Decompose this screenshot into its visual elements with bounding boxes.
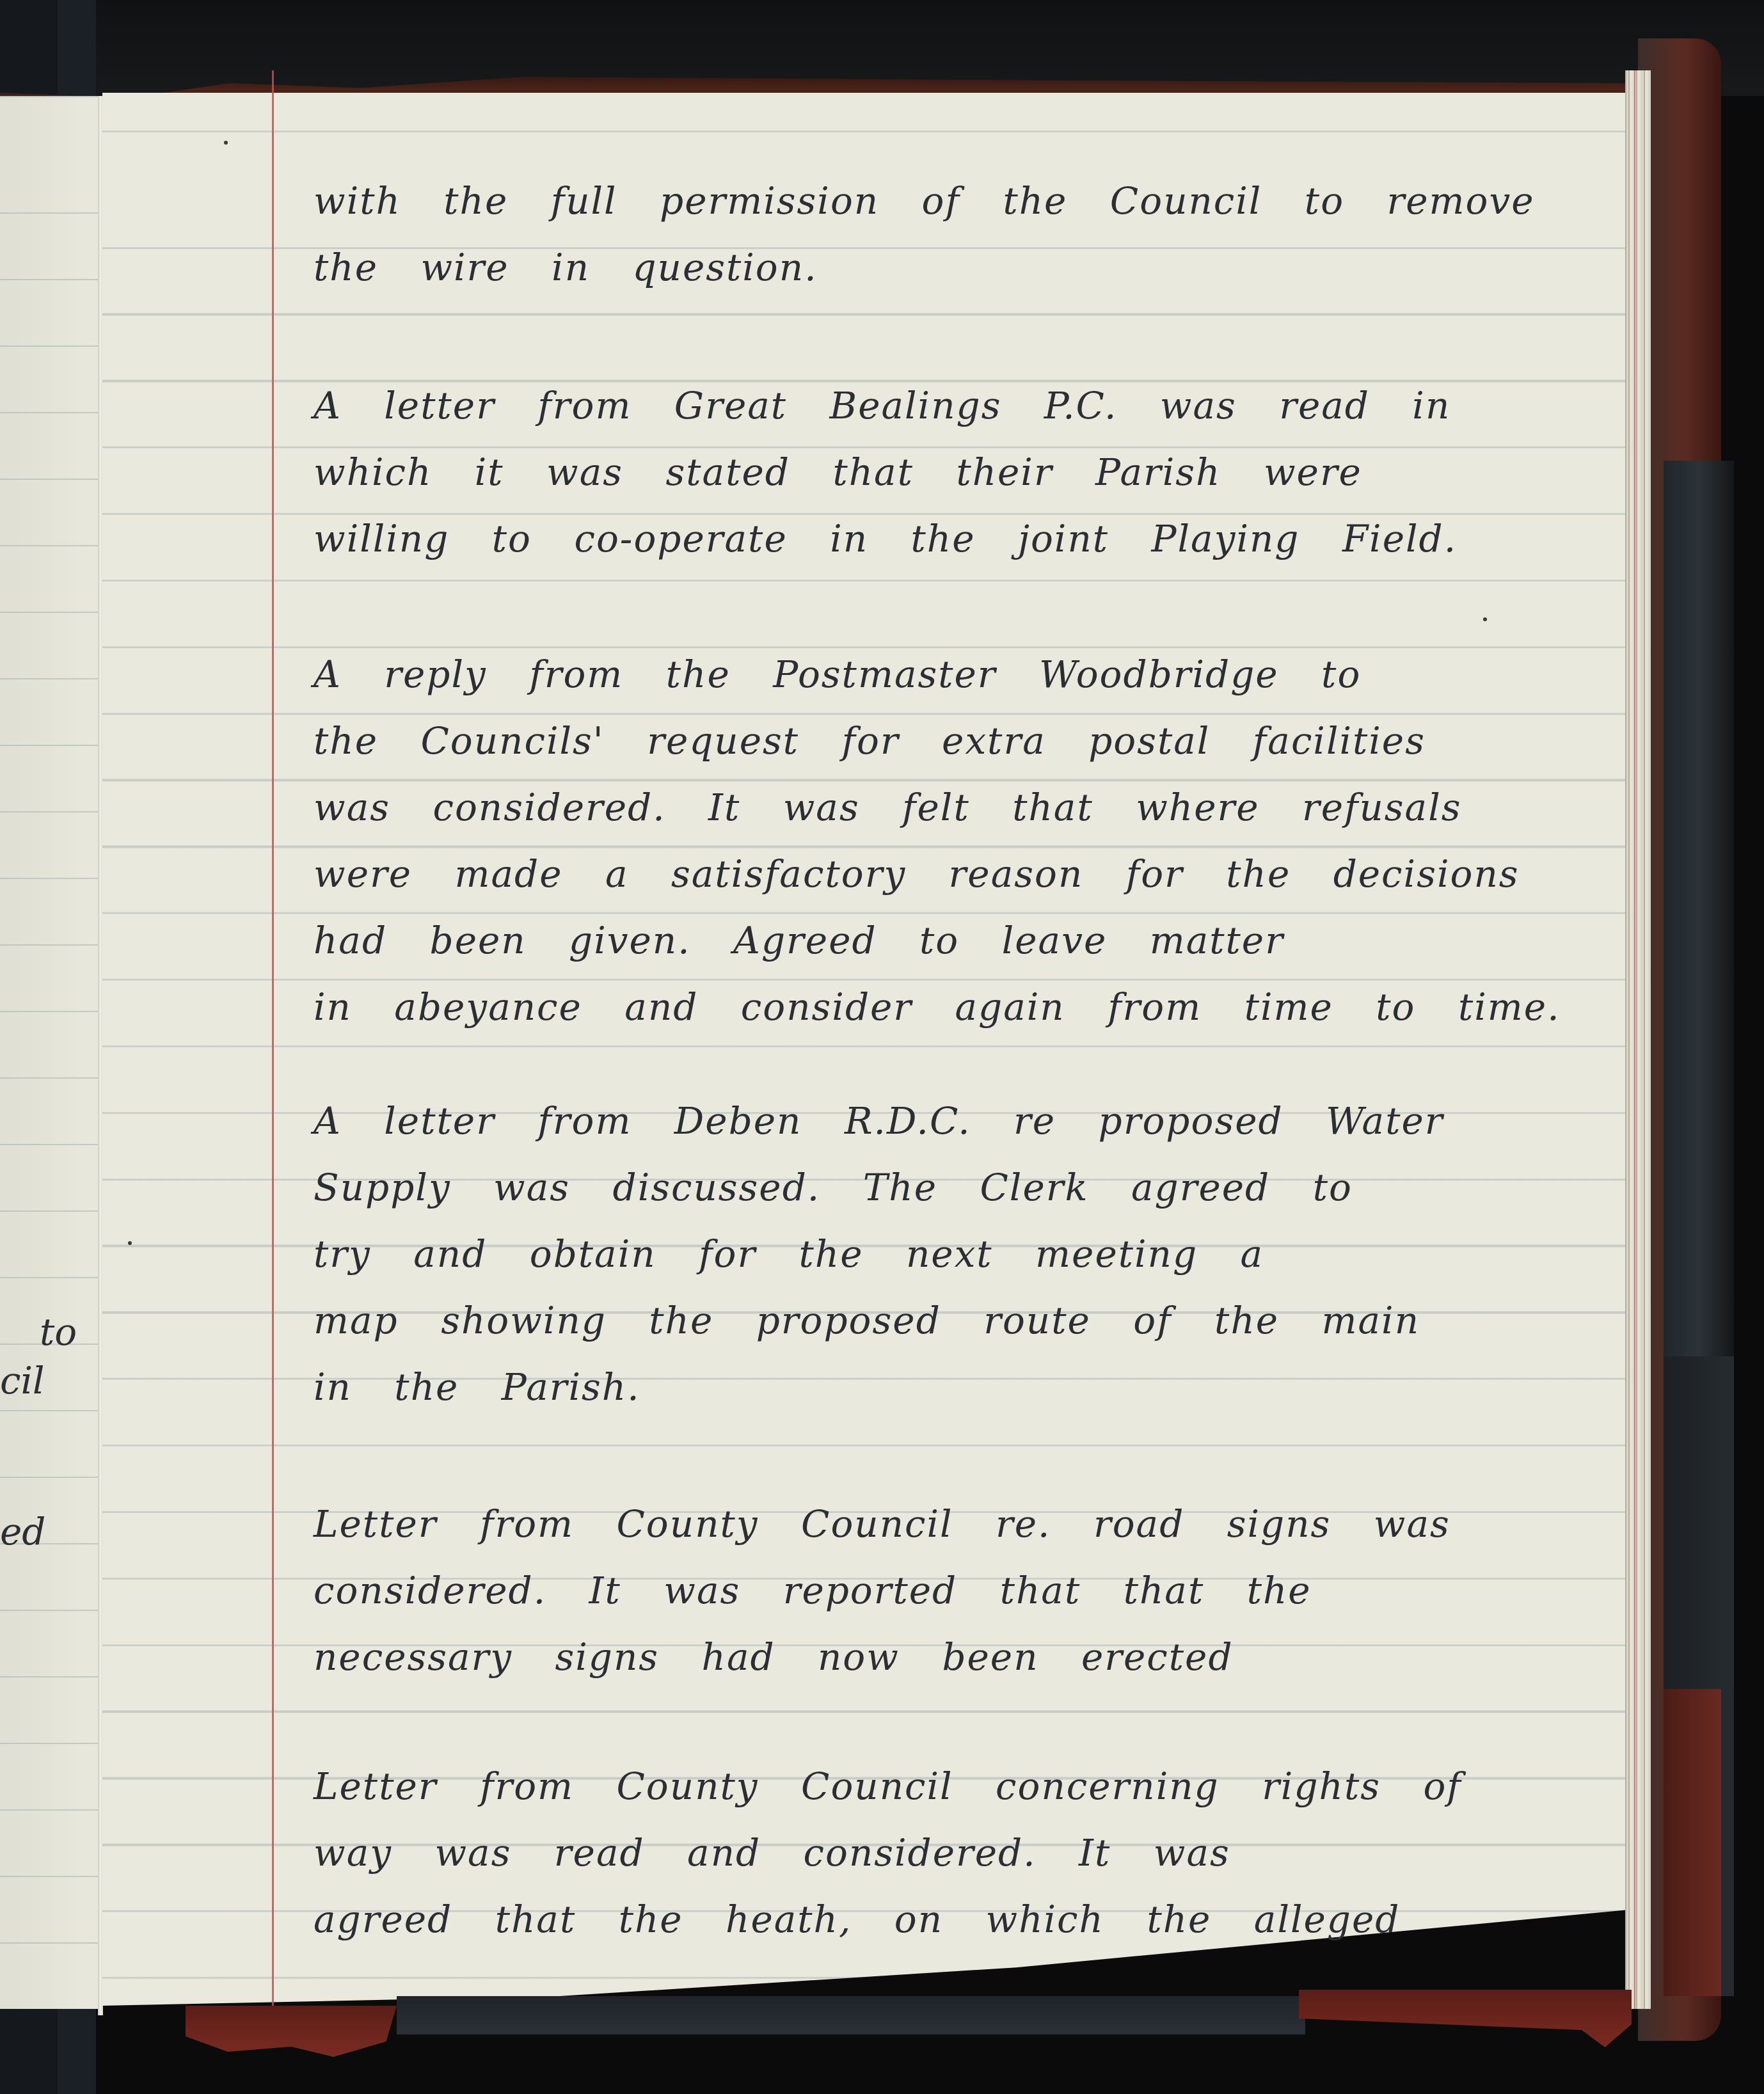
worn-leather-bottom-left xyxy=(186,2006,397,2057)
red-margin-rule xyxy=(272,70,274,2009)
paragraph-road-signs: Letter from County Council re. road sign… xyxy=(314,1491,1593,1690)
handwritten-line: A letter from Great Bealings P.C. was re… xyxy=(314,372,1593,439)
cloth-bottom-edge xyxy=(397,1996,1305,2035)
cloth-binding-spine xyxy=(1664,461,1734,1356)
left-page xyxy=(0,96,99,2009)
right-cover-lower xyxy=(1664,1356,1734,1996)
paper-speck xyxy=(128,1241,132,1245)
paragraph-postal-facilities: A reply from the Postmaster Woodbridge t… xyxy=(314,641,1593,1040)
handwritten-line: with the full permission of the Council … xyxy=(314,168,1593,234)
handwritten-line: considered. It was reported that that th… xyxy=(314,1557,1593,1624)
handwritten-line: agreed that the heath, on which the alle… xyxy=(314,1886,1593,1953)
handwritten-line: in abeyance and consider again from time… xyxy=(314,974,1593,1040)
handwritten-line: way was read and considered. It was xyxy=(314,1820,1593,1886)
handwritten-line: Letter from County Council concerning ri… xyxy=(314,1753,1593,1820)
paragraph-great-bealings: A letter from Great Bealings P.C. was re… xyxy=(314,372,1593,572)
handwritten-line: were made a satisfactory reason for the … xyxy=(314,841,1593,907)
left-page-fragment: ed xyxy=(0,1510,45,1553)
handwritten-line: the wire in question. xyxy=(314,234,1593,301)
handwritten-line: map showing the proposed route of the ma… xyxy=(314,1287,1593,1354)
handwritten-line: had been given. Agreed to leave matter xyxy=(314,907,1593,974)
handwritten-line: Supply was discussed. The Clerk agreed t… xyxy=(314,1154,1593,1221)
worn-leather-bottom-right xyxy=(1299,1990,1632,2047)
handwritten-line: which it was stated that their Parish we… xyxy=(314,439,1593,505)
handwritten-line: in the Parish. xyxy=(314,1354,1593,1420)
handwritten-line: the Councils' request for extra postal f… xyxy=(314,708,1593,774)
handwritten-line: try and obtain for the next meeting a xyxy=(314,1221,1593,1287)
right-page-rule xyxy=(1625,70,1626,2003)
handwritten-line: A letter from Deben R.D.C. re proposed W… xyxy=(314,1088,1593,1154)
paper-speck xyxy=(224,141,228,145)
left-page-fragment: cil xyxy=(0,1359,45,1402)
handwritten-line: A reply from the Postmaster Woodbridge t… xyxy=(314,641,1593,708)
handwritten-line: willing to co-operate in the joint Playi… xyxy=(314,505,1593,572)
paragraph-rights-of-way: Letter from County Council concerning ri… xyxy=(314,1753,1593,1953)
left-page-fragment: to xyxy=(40,1310,77,1354)
scanned-notebook-scene: to cil ed with the full permission of th… xyxy=(0,0,1764,2094)
paragraph-water-supply: A letter from Deben R.D.C. re proposed W… xyxy=(314,1088,1593,1420)
handwritten-line: Letter from County Council re. road sign… xyxy=(314,1491,1593,1557)
handwritten-line: was considered. It was felt that where r… xyxy=(314,774,1593,841)
handwritten-line: necessary signs had now been erected xyxy=(314,1624,1593,1690)
page-stack-edges xyxy=(1625,70,1651,2009)
paper-speck xyxy=(1483,617,1487,621)
page-gutter-fold xyxy=(98,96,103,2015)
paragraph-wire: with the full permission of the Council … xyxy=(314,168,1593,301)
